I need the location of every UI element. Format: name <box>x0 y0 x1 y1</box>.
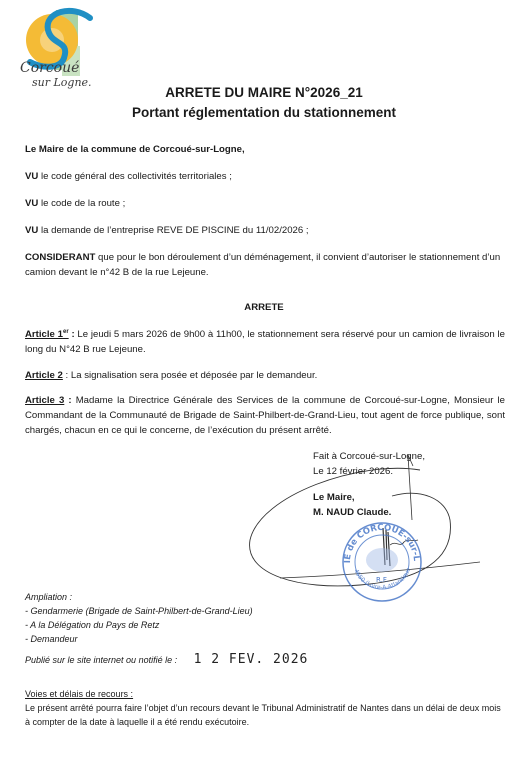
recours-heading: Voies et délais de recours : <box>25 687 505 702</box>
recours-text: Le présent arrêté pourra faire l’objet d… <box>25 701 505 729</box>
svg-text:R.F.: R.F. <box>376 576 388 584</box>
ampliation-item: - Gendarmerie (Brigade de Saint-Philbert… <box>25 604 505 618</box>
ampliation-heading: Ampliation : <box>25 590 505 604</box>
publication-line: Publié sur le site internet ou notifié l… <box>25 653 505 667</box>
ampliation-item: - A la Délégation du Pays de Retz <box>25 618 505 632</box>
publication-stamp-date: 1 2 FEV. 2026 <box>194 652 309 667</box>
publication-label: Publié sur le site internet ou notifié l… <box>25 655 177 665</box>
ampliation-item: - Demandeur <box>25 632 505 646</box>
